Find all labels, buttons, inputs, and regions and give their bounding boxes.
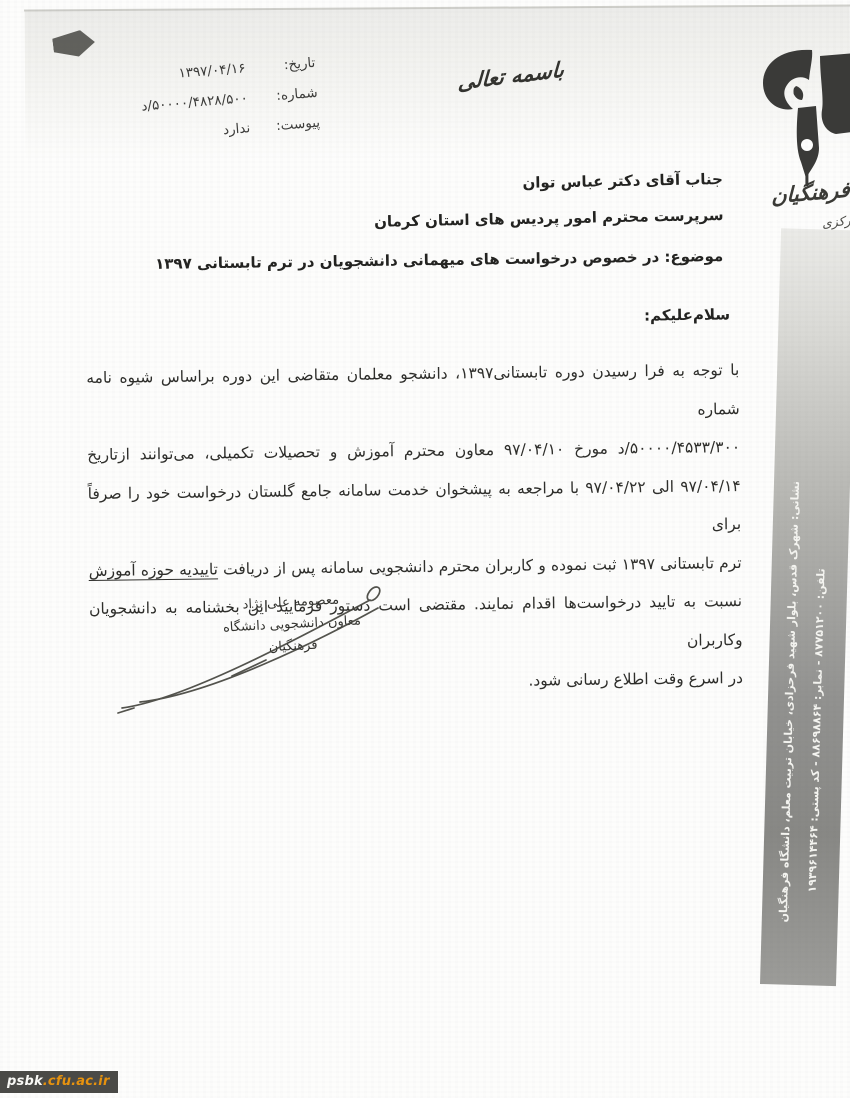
body-line-1: با توجه به فرا رسیدن دوره تابستانی۱۳۹۷، … — [86, 351, 740, 436]
letterhead-contact: تلفن: ۸۷۷۵۱۲۰۰ - نمابر: ۸۸۶۹۸۸۶۴ - کد پس… — [801, 468, 834, 992]
watermark-prefix: psbk — [7, 1074, 43, 1089]
body-line-4-underlined: تاییدیه حوزه آموزش — [89, 560, 219, 580]
recipient-block: جناب آقای دکتر عباس توان سرپرست محترم ام… — [374, 161, 725, 240]
subject-line: موضوع: در خصوص درخواست های میهمانی دانشج… — [155, 247, 723, 273]
body-line-4-text: ترم تابستانی ۱۳۹۷ ثبت نموده و کاربران مح… — [218, 553, 742, 577]
farhangian-university-logo-icon — [736, 48, 850, 194]
salutation: سلام‌علیکم: — [644, 305, 730, 324]
letterhead-side-band: نشانی: شهرک قدس، بلوار شهید فرحزادی، خیا… — [760, 228, 850, 986]
scanned-letter-page: تاریخ: ۱۳۹۷/۰۴/۱۶ شماره: ۵۰۰۰۰/۴۸۲۸/۵۰۰/… — [0, 0, 850, 1098]
handwritten-signature — [112, 580, 404, 720]
watermark-suffix: .cfu.ac.ir — [43, 1074, 110, 1089]
body-line-3: ۹۷/۰۴/۱۴ الی ۹۷/۰۴/۲۲ با مراجعه به پیشخو… — [87, 466, 741, 551]
site-watermark: psbk.cfu.ac.ir — [0, 1071, 118, 1093]
attachment-label: پیوست: — [249, 108, 321, 143]
recipient-title: سرپرست محترم امور پردیس های استان کرمان — [374, 197, 724, 240]
letterhead-address: نشانی: شهرک قدس، بلوار شهید فرحزادی، خیا… — [774, 449, 806, 955]
